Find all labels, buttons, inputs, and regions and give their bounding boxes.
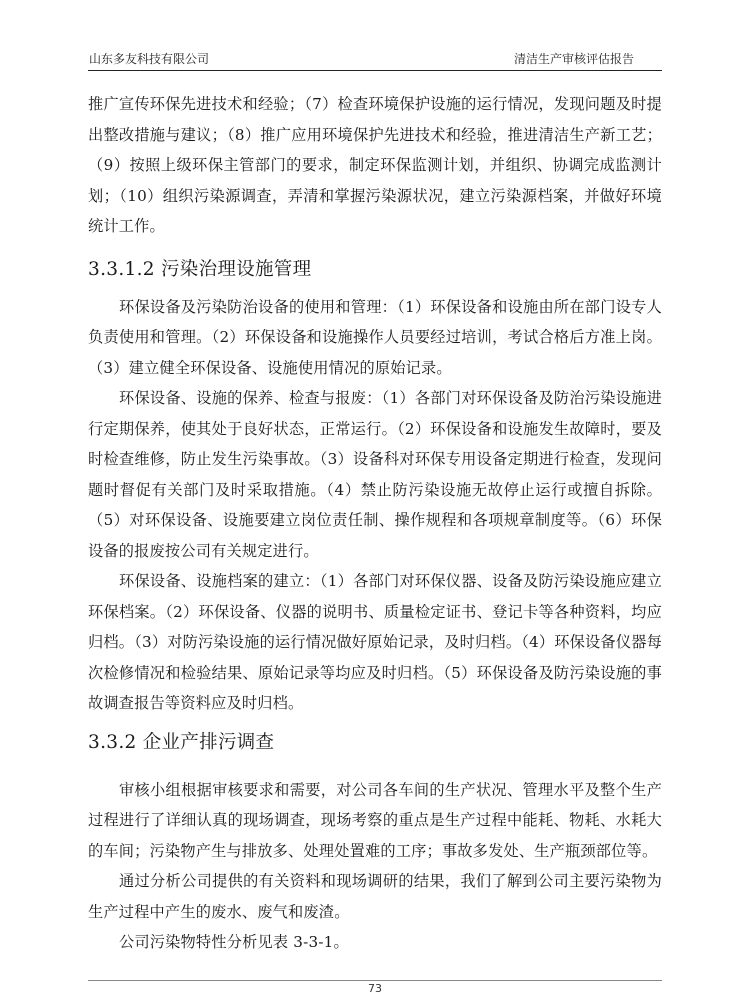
page-header: 山东多友科技有限公司 清洁生产审核评估报告 bbox=[88, 46, 662, 71]
paragraph-equipment-archives: 环保设备、设施档案的建立：（1）各部门对环保仪器、设备及防污染设施应建立环保档案… bbox=[88, 566, 662, 719]
paragraph-main-pollutants: 通过分析公司提供的有关资料和现场调研的结果，我们了解到公司主要污染物为生产过程中… bbox=[88, 866, 662, 927]
header-report-title: 清洁生产审核评估报告 bbox=[514, 50, 634, 67]
paragraph-site-survey: 审核小组根据审核要求和需要，对公司各车间的生产状况、管理水平及整个生产过程进行了… bbox=[88, 775, 662, 867]
page-number: 73 bbox=[0, 982, 750, 995]
paragraph-equipment-usage: 环保设备及污染防治设备的使用和管理：（1）环保设备和设施由所在部门设专人负责使用… bbox=[88, 292, 662, 384]
header-company-name: 山东多友科技有限公司 bbox=[89, 50, 209, 67]
paragraph-table-reference: 公司污染物特性分析见表 3-3-1。 bbox=[88, 927, 662, 958]
footer-divider bbox=[88, 980, 662, 981]
intro-paragraph: 推广宣传环保先进技术和经验；（7）检查环境保护设施的运行情况，发现问题及时提出整… bbox=[88, 89, 662, 242]
paragraph-equipment-maintenance: 环保设备、设施的保养、检查与报废：（1）各部门对环保设备及防治污染设施进行定期保… bbox=[88, 383, 662, 566]
page-body: 推广宣传环保先进技术和经验；（7）检查环境保护设施的运行情况，发现问题及时提出整… bbox=[88, 89, 662, 958]
section-heading-3-3-1-2: 3.3.1.2 污染治理设施管理 bbox=[88, 258, 662, 282]
section-heading-3-3-2: 3.3.2 企业产排污调查 bbox=[88, 731, 662, 755]
